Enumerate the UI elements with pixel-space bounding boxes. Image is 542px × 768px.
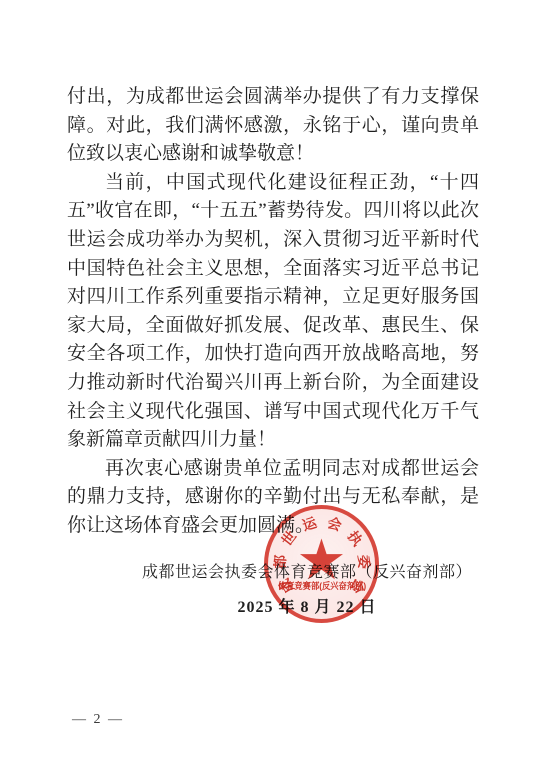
page-number: — 2 — <box>72 712 124 728</box>
seal-arc-char: 委 <box>353 554 374 569</box>
paragraph-1: 付出，为成都世运会圆满举办提供了有力支撑保障。对此，我们满怀感激，永铭于心，谨向… <box>67 83 479 169</box>
paragraph-2: 当前，中国式现代化建设征程正劲，“十四五”收官在即，“十五五”蓄势待发。四川将以… <box>67 169 479 455</box>
seal-arc-char: 都 <box>269 554 290 569</box>
official-seal: 成都世运会执委会 ★ 体育竞赛部(反兴奋剂部) <box>264 505 379 623</box>
seal-department-text: 体育竞赛部(反兴奋剂部) <box>277 579 365 592</box>
document-page: 付出，为成都世运会圆满举办提供了有力支撑保障。对此，我们满怀感激，永铭于心，谨向… <box>0 0 542 768</box>
letter-body: 付出，为成都世运会圆满举办提供了有力支撑保障。对此，我们满怀感激，永铭于心，谨向… <box>67 83 479 541</box>
